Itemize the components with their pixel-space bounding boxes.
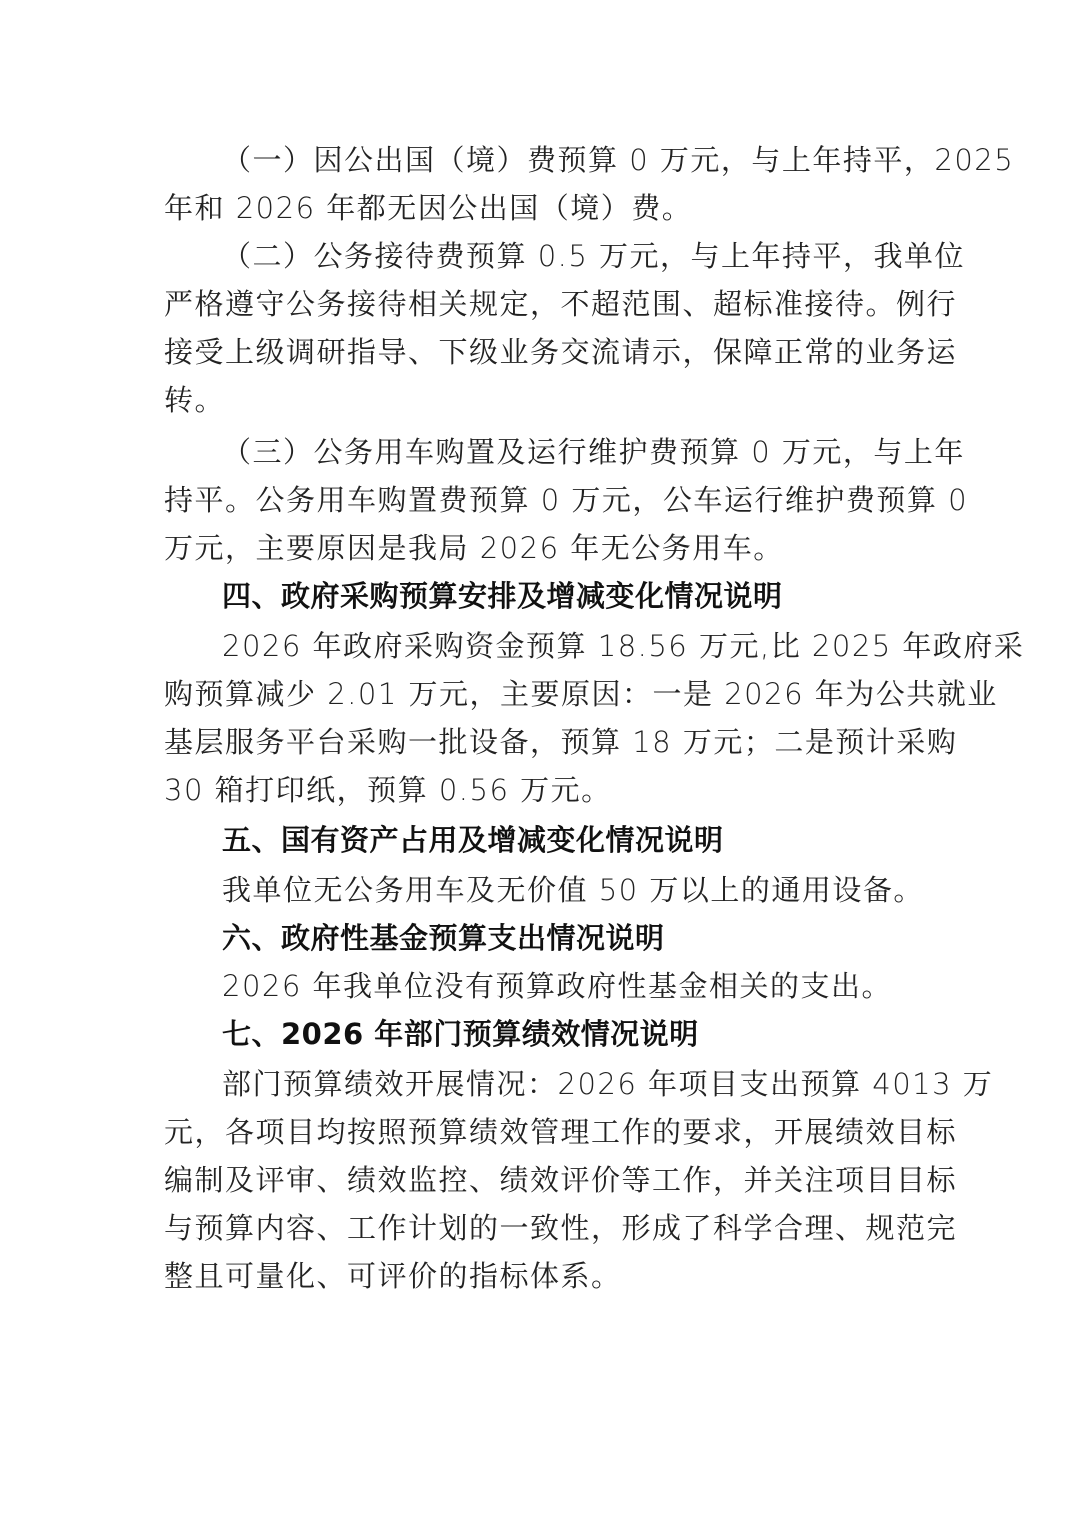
section-heading: 四、政府采购预算安排及增减变化情况说明 bbox=[222, 578, 783, 614]
paragraph-line: 持平。公务用车购置费预算 0 万元，公车运行维护费预算 0 bbox=[164, 482, 968, 518]
paragraph-line: （二）公务接待费预算 0.5 万元，与上年持平，我单位 bbox=[222, 238, 965, 274]
paragraph-line: 30 箱打印纸，预算 0.56 万元。 bbox=[164, 772, 612, 808]
paragraph-line: 编制及评审、绩效监控、绩效评价等工作，并关注项目目标 bbox=[164, 1162, 957, 1198]
paragraph-line: 接受上级调研指导、下级业务交流请示，保障正常的业务运 bbox=[164, 334, 957, 370]
paragraph-line: （三）公务用车购置及运行维护费预算 0 万元，与上年 bbox=[222, 434, 965, 470]
paragraph-line: 与预算内容、工作计划的一致性，形成了科学合理、规范完 bbox=[164, 1210, 957, 1246]
document-page: （一）因公出国（境）费预算 0 万元，与上年持平，2025 年和 2026 年都… bbox=[0, 0, 1074, 1520]
paragraph-line: 年和 2026 年都无因公出国（境）费。 bbox=[164, 190, 692, 226]
paragraph-line: 元，各项目均按照预算绩效管理工作的要求，开展绩效目标 bbox=[164, 1114, 957, 1150]
section-heading: 五、国有资产占用及增减变化情况说明 bbox=[222, 822, 724, 858]
paragraph-line: 2026 年政府采购资金预算 18.56 万元,比 2025 年政府采 bbox=[222, 628, 1024, 664]
paragraph-line: 转。 bbox=[164, 382, 225, 418]
paragraph-line: （一）因公出国（境）费预算 0 万元，与上年持平，2025 bbox=[222, 142, 1014, 178]
paragraph-line: 严格遵守公务接待相关规定，不超范围、超标准接待。例行 bbox=[164, 286, 957, 322]
paragraph-line: 基层服务平台采购一批设备，预算 18 万元；二是预计采购 bbox=[164, 724, 957, 760]
paragraph-line: 2026 年我单位没有预算政府性基金相关的支出。 bbox=[222, 968, 892, 1004]
paragraph-line: 我单位无公务用车及无价值 50 万以上的通用设备。 bbox=[222, 872, 924, 908]
paragraph-line: 万元，主要原因是我局 2026 年无公务用车。 bbox=[164, 530, 784, 566]
paragraph-line: 购预算减少 2.01 万元，主要原因：一是 2026 年为公共就业 bbox=[164, 676, 998, 712]
section-heading: 七、2026 年部门预算绩效情况说明 bbox=[222, 1016, 699, 1052]
paragraph-line: 整且可量化、可评价的指标体系。 bbox=[164, 1258, 622, 1294]
paragraph-line: 部门预算绩效开展情况：2026 年项目支出预算 4013 万 bbox=[222, 1066, 993, 1102]
section-heading: 六、政府性基金预算支出情况说明 bbox=[222, 920, 665, 956]
